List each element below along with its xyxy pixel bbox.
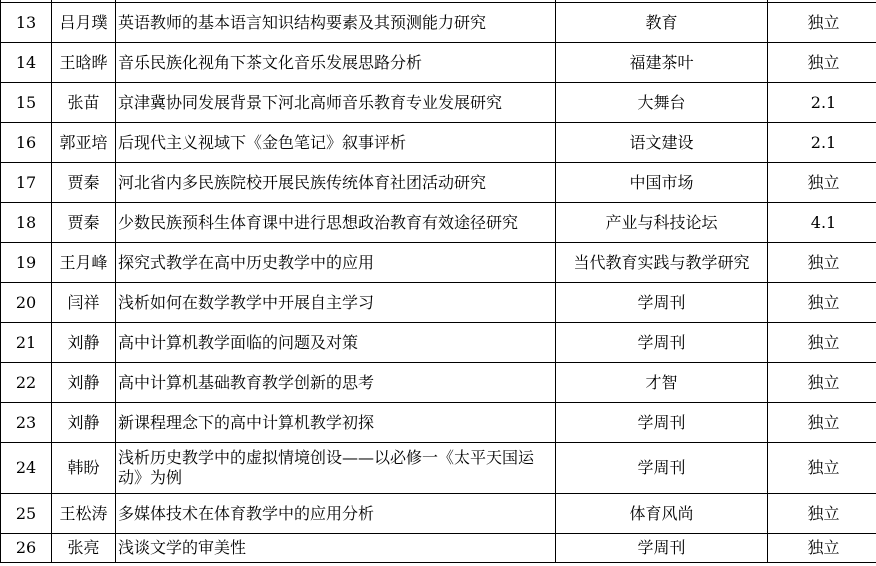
journal-name: 学周刊: [637, 458, 685, 477]
paper-title: 新课程理念下的高中计算机教学初探: [118, 413, 374, 432]
paper-title-cell[interactable]: 探究式教学在高中历史教学中的应用: [116, 243, 556, 283]
author-cell[interactable]: 吕月璞: [52, 3, 116, 43]
author-name: 吕月璞: [59, 13, 107, 32]
row-number-cell[interactable]: 23: [1, 403, 52, 443]
table-row[interactable]: 16 郭亚培 后现代主义视域下《金色笔记》叙事评析 语文建设 2.1: [1, 123, 876, 163]
row-number: 26: [16, 538, 36, 557]
paper-title-cell[interactable]: 英语教师的基本语言知识结构要素及其预测能力研究: [116, 3, 556, 43]
note-value: 2.1: [811, 133, 836, 152]
journal-cell[interactable]: 大舞台: [556, 83, 768, 123]
row-number: 20: [16, 293, 36, 312]
paper-title-cell[interactable]: 少数民族预科生体育课中进行思想政治教育有效途径研究: [116, 203, 556, 243]
journal-cell[interactable]: 语文建设: [556, 123, 768, 163]
journal-cell[interactable]: 学周刊: [556, 403, 768, 443]
note-value: 独立: [807, 458, 839, 477]
row-number-cell[interactable]: 18: [1, 203, 52, 243]
author-name: 闫祥: [67, 293, 99, 312]
paper-title: 音乐民族化视角下茶文化音乐发展思路分析: [118, 53, 422, 72]
table-row[interactable]: 26 张亮 浅谈文学的审美性 学周刊 独立: [1, 534, 876, 563]
author-cell[interactable]: 王晗晔: [52, 43, 116, 83]
note-cell[interactable]: 独立: [768, 243, 876, 283]
paper-title-cell[interactable]: 京津冀协同发展背景下河北高师音乐教育专业发展研究: [116, 83, 556, 123]
author-cell[interactable]: 郭亚培: [52, 123, 116, 163]
note-cell[interactable]: 独立: [768, 534, 876, 563]
journal-cell[interactable]: 中国市场: [556, 163, 768, 203]
journal-cell[interactable]: 体育风尚: [556, 494, 768, 534]
note-cell[interactable]: 独立: [768, 443, 876, 494]
publications-table: 13 吕月璞 英语教师的基本语言知识结构要素及其预测能力研究 教育 独立 14 …: [0, 0, 876, 563]
row-number-cell[interactable]: 13: [1, 3, 52, 43]
note-cell[interactable]: 4.1: [768, 203, 876, 243]
author-cell[interactable]: 张苗: [52, 83, 116, 123]
note-value: 独立: [807, 538, 839, 557]
author-cell[interactable]: 闫祥: [52, 283, 116, 323]
table-row[interactable]: 23 刘静 新课程理念下的高中计算机教学初探 学周刊 独立: [1, 403, 876, 443]
row-number: 22: [16, 373, 36, 392]
journal-cell[interactable]: 产业与科技论坛: [556, 203, 768, 243]
journal-cell[interactable]: 学周刊: [556, 283, 768, 323]
journal-name: 福建茶叶: [629, 53, 693, 72]
author-cell[interactable]: 王松涛: [52, 494, 116, 534]
row-number: 23: [16, 413, 36, 432]
author-cell[interactable]: 刘静: [52, 363, 116, 403]
paper-title-cell[interactable]: 后现代主义视域下《金色笔记》叙事评析: [116, 123, 556, 163]
author-name: 王晗晔: [59, 53, 107, 72]
author-name: 刘静: [67, 373, 99, 392]
journal-name: 学周刊: [637, 333, 685, 352]
paper-title: 河北省内多民族院校开展民族传统体育社团活动研究: [118, 173, 486, 192]
author-name: 刘静: [67, 413, 99, 432]
author-name: 贾秦: [67, 213, 99, 232]
author-name: 韩盼: [67, 458, 99, 477]
note-value: 2.1: [811, 93, 836, 112]
note-value: 独立: [807, 293, 839, 312]
author-name: 贾秦: [67, 173, 99, 192]
row-number-cell[interactable]: 25: [1, 494, 52, 534]
author-name: 王松涛: [59, 504, 107, 523]
note-cell[interactable]: 独立: [768, 494, 876, 534]
table-row[interactable]: 15 张苗 京津冀协同发展背景下河北高师音乐教育专业发展研究 大舞台 2.1: [1, 83, 876, 123]
paper-title-cell[interactable]: 高中计算机教学面临的问题及对策: [116, 323, 556, 363]
journal-cell[interactable]: 教育: [556, 3, 768, 43]
document-table-view: 13 吕月璞 英语教师的基本语言知识结构要素及其预测能力研究 教育 独立 14 …: [0, 0, 876, 566]
note-value: 独立: [807, 504, 839, 523]
note-value: 4.1: [811, 213, 836, 232]
table-row[interactable]: 17 贾秦 河北省内多民族院校开展民族传统体育社团活动研究 中国市场 独立: [1, 163, 876, 203]
table-row[interactable]: 21 刘静 高中计算机教学面临的问题及对策 学周刊 独立: [1, 323, 876, 363]
journal-cell[interactable]: 福建茶叶: [556, 43, 768, 83]
paper-title-cell[interactable]: 高中计算机基础教育教学创新的思考: [116, 363, 556, 403]
journal-name: 产业与科技论坛: [605, 213, 717, 232]
journal-name: 学周刊: [637, 413, 685, 432]
row-number-cell[interactable]: 19: [1, 243, 52, 283]
author-name: 刘静: [67, 333, 99, 352]
author-name: 张苗: [67, 93, 99, 112]
journal-name: 学周刊: [637, 538, 685, 557]
note-value: 独立: [807, 373, 839, 392]
paper-title: 京津冀协同发展背景下河北高师音乐教育专业发展研究: [118, 93, 502, 112]
row-number: 19: [16, 253, 36, 272]
paper-title-cell[interactable]: 新课程理念下的高中计算机教学初探: [116, 403, 556, 443]
row-number: 18: [16, 213, 36, 232]
table-row[interactable]: 14 王晗晔 音乐民族化视角下茶文化音乐发展思路分析 福建茶叶 独立: [1, 43, 876, 83]
note-cell[interactable]: 2.1: [768, 123, 876, 163]
paper-title-cell[interactable]: 音乐民族化视角下茶文化音乐发展思路分析: [116, 43, 556, 83]
row-number-cell[interactable]: 20: [1, 283, 52, 323]
author-cell[interactable]: 贾秦: [52, 163, 116, 203]
journal-name: 教育: [645, 13, 677, 32]
journal-name: 体育风尚: [629, 504, 693, 523]
journal-cell[interactable]: 学周刊: [556, 443, 768, 494]
row-number-cell[interactable]: 21: [1, 323, 52, 363]
journal-name: 当代教育实践与教学研究: [573, 253, 749, 272]
journal-name: 大舞台: [637, 93, 685, 112]
row-number: 24: [16, 458, 36, 477]
note-cell[interactable]: 独立: [768, 283, 876, 323]
row-number-cell[interactable]: 15: [1, 83, 52, 123]
row-number-cell[interactable]: 26: [1, 534, 52, 563]
note-cell[interactable]: 独立: [768, 403, 876, 443]
note-value: 独立: [807, 333, 839, 352]
author-name: 张亮: [67, 538, 99, 557]
paper-title-cell[interactable]: 浅析历史教学中的虚拟情境创设——以必修一《太平天国运动》为例: [116, 443, 556, 494]
paper-title: 浅谈文学的审美性: [118, 538, 246, 557]
note-value: 独立: [807, 173, 839, 192]
note-value: 独立: [807, 413, 839, 432]
paper-title: 探究式教学在高中历史教学中的应用: [118, 253, 374, 272]
note-cell[interactable]: 独立: [768, 363, 876, 403]
note-value: 独立: [807, 13, 839, 32]
author-cell[interactable]: 贾秦: [52, 203, 116, 243]
author-cell[interactable]: 王月峰: [52, 243, 116, 283]
row-number-cell[interactable]: 14: [1, 43, 52, 83]
table-row[interactable]: 20 闫祥 浅析如何在数学教学中开展自主学习 学周刊 独立: [1, 283, 876, 323]
table-row[interactable]: 18 贾秦 少数民族预科生体育课中进行思想政治教育有效途径研究 产业与科技论坛 …: [1, 203, 876, 243]
note-cell[interactable]: 独立: [768, 3, 876, 43]
author-cell[interactable]: 刘静: [52, 403, 116, 443]
note-value: 独立: [807, 253, 839, 272]
journal-cell[interactable]: 学周刊: [556, 534, 768, 563]
row-number-cell[interactable]: 16: [1, 123, 52, 163]
paper-title: 英语教师的基本语言知识结构要素及其预测能力研究: [118, 13, 486, 32]
publications-table-body: 13 吕月璞 英语教师的基本语言知识结构要素及其预测能力研究 教育 独立 14 …: [1, 0, 876, 563]
paper-title-cell[interactable]: 浅析如何在数学教学中开展自主学习: [116, 283, 556, 323]
paper-title: 后现代主义视域下《金色笔记》叙事评析: [118, 133, 406, 152]
author-name: 郭亚培: [59, 133, 107, 152]
paper-title-cell[interactable]: 浅谈文学的审美性: [116, 534, 556, 563]
note-value: 独立: [807, 53, 839, 72]
row-number: 13: [16, 13, 36, 32]
paper-title: 高中计算机教学面临的问题及对策: [118, 333, 358, 352]
author-cell[interactable]: 韩盼: [52, 443, 116, 494]
row-number: 16: [16, 133, 36, 152]
paper-title-cell[interactable]: 多媒体技术在体育教学中的应用分析: [116, 494, 556, 534]
row-number-cell[interactable]: 17: [1, 163, 52, 203]
table-row[interactable]: 25 王松涛 多媒体技术在体育教学中的应用分析 体育风尚 独立: [1, 494, 876, 534]
row-number: 15: [16, 93, 36, 112]
journal-cell[interactable]: 当代教育实践与教学研究: [556, 243, 768, 283]
paper-title: 高中计算机基础教育教学创新的思考: [118, 373, 374, 392]
journal-name: 中国市场: [629, 173, 693, 192]
author-cell[interactable]: 张亮: [52, 534, 116, 563]
row-number: 14: [16, 53, 36, 72]
note-cell[interactable]: 独立: [768, 43, 876, 83]
journal-name: 才智: [645, 373, 677, 392]
paper-title: 浅析如何在数学教学中开展自主学习: [118, 293, 374, 312]
note-cell[interactable]: 独立: [768, 163, 876, 203]
paper-title-cell[interactable]: 河北省内多民族院校开展民族传统体育社团活动研究: [116, 163, 556, 203]
paper-title: 少数民族预科生体育课中进行思想政治教育有效途径研究: [118, 213, 518, 232]
paper-title: 浅析历史教学中的虚拟情境创设——以必修一《太平天国运动》为例: [118, 448, 534, 487]
note-cell[interactable]: 2.1: [768, 83, 876, 123]
paper-title: 多媒体技术在体育教学中的应用分析: [118, 504, 374, 523]
row-number-cell[interactable]: 22: [1, 363, 52, 403]
author-name: 王月峰: [59, 253, 107, 272]
table-row[interactable]: 24 韩盼 浅析历史教学中的虚拟情境创设——以必修一《太平天国运动》为例 学周刊…: [1, 443, 876, 494]
journal-cell[interactable]: 才智: [556, 363, 768, 403]
author-cell[interactable]: 刘静: [52, 323, 116, 363]
journal-name: 语文建设: [629, 133, 693, 152]
row-number: 17: [16, 173, 36, 192]
row-number-cell[interactable]: 24: [1, 443, 52, 494]
note-cell[interactable]: 独立: [768, 323, 876, 363]
row-number: 25: [16, 504, 36, 523]
journal-cell[interactable]: 学周刊: [556, 323, 768, 363]
row-number: 21: [16, 333, 36, 352]
table-row[interactable]: 22 刘静 高中计算机基础教育教学创新的思考 才智 独立: [1, 363, 876, 403]
table-row[interactable]: 13 吕月璞 英语教师的基本语言知识结构要素及其预测能力研究 教育 独立: [1, 3, 876, 43]
table-row[interactable]: 19 王月峰 探究式教学在高中历史教学中的应用 当代教育实践与教学研究 独立: [1, 243, 876, 283]
journal-name: 学周刊: [637, 293, 685, 312]
